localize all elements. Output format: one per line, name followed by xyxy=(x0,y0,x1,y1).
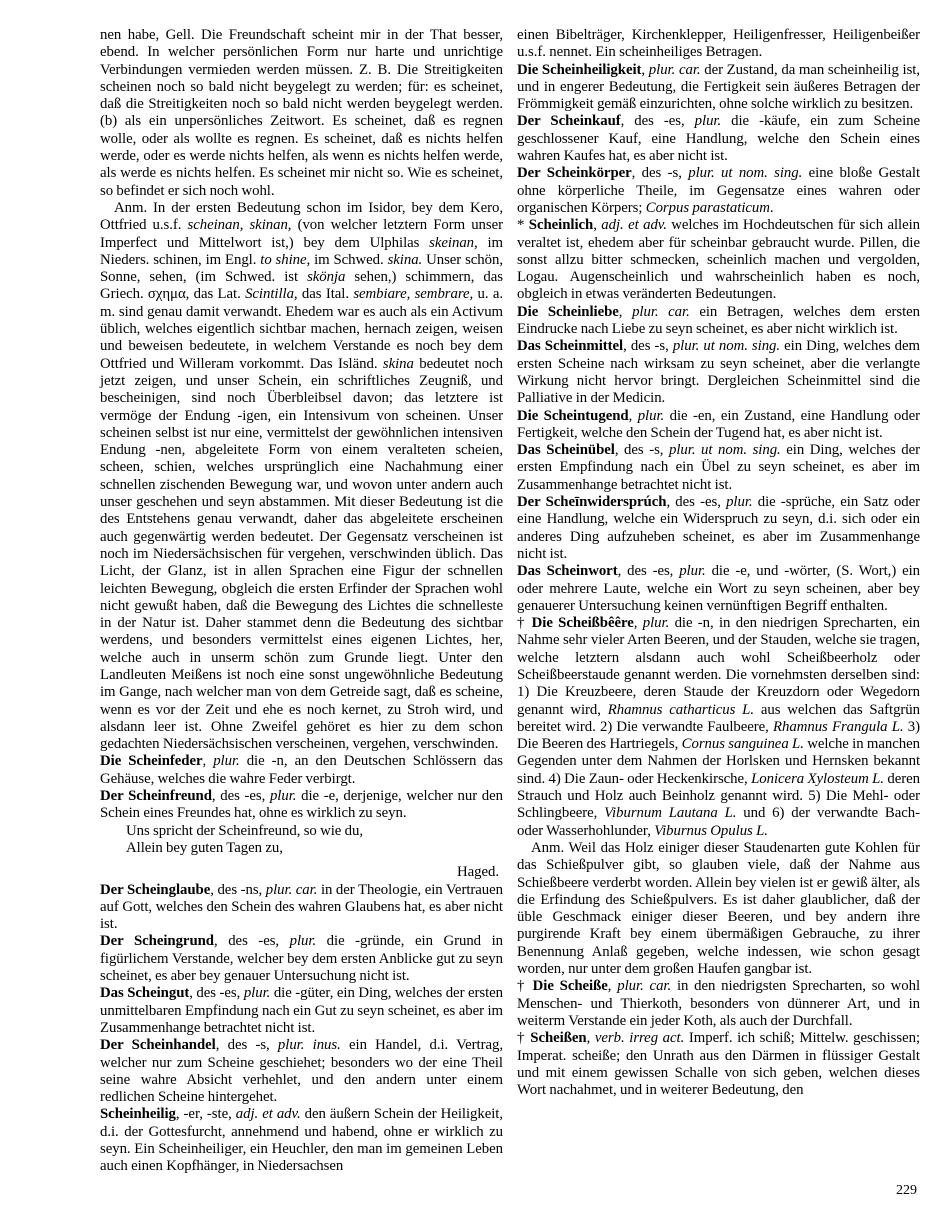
headword: Der Scheinkörper xyxy=(517,165,632,181)
body-text: , -er, -ste, xyxy=(176,1106,236,1122)
headword: Der Scheingrund xyxy=(100,933,214,949)
headword: Die Scheinheiligkeit xyxy=(517,62,641,78)
italic-term: plur. ut nom. sing. xyxy=(669,442,781,458)
italic-term: skina. xyxy=(388,252,423,268)
body-text: , des -es, xyxy=(214,933,290,949)
page-number: 229 xyxy=(896,1184,917,1198)
dictionary-entry: Die Scheinheiligkeit, plur. car. der Zus… xyxy=(517,62,920,114)
body-text: Uns spricht der Scheinfreund, so wie du, xyxy=(126,823,363,839)
dictionary-entry: Scheinheilig, -er, -ste, adj. et adv. de… xyxy=(100,1106,503,1175)
text-columns: nen habe, Gell. Die Freundschaft scheint… xyxy=(100,27,920,1176)
document-page: nen habe, Gell. Die Freundschaft scheint… xyxy=(0,0,935,1210)
verse-line: Allein bey guten Tagen zu, xyxy=(100,840,503,857)
headword: Das Scheinübel xyxy=(517,442,615,458)
italic-term: Viburnus Opulus L. xyxy=(654,823,768,839)
italic-term: plur. xyxy=(679,563,705,579)
italic-term: Viburnum Lautana L. xyxy=(604,805,736,821)
italic-term: plur. xyxy=(244,985,270,1001)
headword: Scheißen xyxy=(530,1030,586,1046)
dictionary-entry: Die Scheinfeder, plur. die -n, an den De… xyxy=(100,753,503,788)
italic-term: plur. car. xyxy=(266,882,318,898)
italic-term: plur. ut nom. sing. xyxy=(688,165,802,181)
italic-term: plur. car. xyxy=(632,304,690,320)
italic-term: adj. et adv. xyxy=(236,1106,301,1122)
body-text: , des -es, xyxy=(618,563,680,579)
dictionary-entry: Das Scheinmittel, des -s, plur. ut nom. … xyxy=(517,338,920,407)
headword: Das Scheingut xyxy=(100,985,189,1001)
body-text: , des -s, xyxy=(615,442,669,458)
italic-term: adj. et adv. xyxy=(601,217,667,233)
italic-term: Rhamnus catharticus L. xyxy=(608,702,754,718)
italic-term: plur. xyxy=(638,408,664,424)
body-text: , des -s, xyxy=(216,1037,278,1053)
body-text: bedeutet noch jetzt zeigen, und unser Sc… xyxy=(100,356,503,753)
body-text: , des -es, xyxy=(621,113,695,129)
italic-term: plur. xyxy=(290,933,316,949)
dictionary-entry: * Scheinlich, adj. et adv. welches im Ho… xyxy=(517,217,920,303)
body-text: einen Bibelträger, Kirchenklepper, Heili… xyxy=(517,27,920,60)
headword: Das Scheinwort xyxy=(517,563,618,579)
body-text: † xyxy=(517,615,532,631)
italic-term: skina xyxy=(383,356,414,372)
body-text: , des -es, xyxy=(666,494,726,510)
italic-term: Lonicera Xylosteum L. xyxy=(751,771,884,787)
italic-term: plur. xyxy=(726,494,752,510)
body-text: Allein bey guten Tagen zu, xyxy=(126,840,283,856)
body-text: Anm. Weil das Holz einiger dieser Staude… xyxy=(517,840,920,977)
body-text: , xyxy=(629,408,638,424)
body-text: Haged. xyxy=(457,864,499,880)
headword: Die Scheißbêêre xyxy=(532,615,634,631)
body-text: , xyxy=(608,978,617,994)
body-text: nen habe, Gell. Die Freundschaft scheint… xyxy=(100,27,503,199)
annotation-paragraph: Anm. In der ersten Bedeutung schon im Is… xyxy=(100,200,503,754)
body-text: . xyxy=(770,200,774,216)
italic-term: Scintilla, xyxy=(245,286,298,302)
headword: Der Scheinhandel xyxy=(100,1037,216,1053)
dictionary-entry: Der Scheinkauf, des -es, plur. die -käuf… xyxy=(517,113,920,165)
dictionary-entry: Die Scheintugend, plur. die -en, ein Zus… xyxy=(517,408,920,443)
dictionary-entry: Das Scheinübel, des -s, plur. ut nom. si… xyxy=(517,442,920,494)
left-column: nen habe, Gell. Die Freundschaft scheint… xyxy=(100,27,503,1176)
citation-attribution: Haged. xyxy=(100,864,503,881)
verse-line: Uns spricht der Scheinfreund, so wie du, xyxy=(100,823,503,840)
body-text: , xyxy=(203,753,214,769)
body-text: , des -es, xyxy=(212,788,270,804)
italic-term: Cornus sanguinea L. xyxy=(682,736,804,752)
body-text: † xyxy=(517,978,533,994)
dictionary-entry: Der Scheinglaube, des -ns, plur. car. in… xyxy=(100,882,503,934)
italic-term: to shine, xyxy=(260,252,310,268)
continuation-paragraph: einen Bibelträger, Kirchenklepper, Heili… xyxy=(517,27,920,62)
headword: Der Scheinkauf xyxy=(517,113,621,129)
continuation-paragraph: nen habe, Gell. Die Freundschaft scheint… xyxy=(100,27,503,200)
italic-term: verb. irreg act. xyxy=(595,1030,684,1046)
headword: Scheinheilig xyxy=(100,1106,176,1122)
headword: Der Scheīnwidersprúch xyxy=(517,494,666,510)
italic-term: plur. xyxy=(270,788,296,804)
headword: Die Scheinfeder xyxy=(100,753,203,769)
italic-term: plur. inus. xyxy=(278,1037,341,1053)
body-text: im Schwed. xyxy=(310,252,387,268)
headword: Der Scheinglaube xyxy=(100,882,210,898)
body-text: , xyxy=(634,615,643,631)
headword: Die Scheintugend xyxy=(517,408,629,424)
italic-term: plur. xyxy=(643,615,669,631)
italic-term: skönja xyxy=(307,269,345,285)
dictionary-entry: Der Scheinkörper, des -s, plur. ut nom. … xyxy=(517,165,920,217)
dictionary-entry: † Die Scheißbêêre, plur. die -n, in den … xyxy=(517,615,920,840)
headword: Die Scheiße xyxy=(533,978,608,994)
italic-term: plur. car. xyxy=(617,978,671,994)
body-text: , des -s, xyxy=(632,165,689,181)
headword: Die Scheinliebe xyxy=(517,304,619,320)
dictionary-entry: Der Scheingrund, des -es, plur. die -grü… xyxy=(100,933,503,985)
headword: Scheinlich xyxy=(529,217,593,233)
italic-term: Corpus parastaticum xyxy=(646,200,770,216)
dictionary-entry: Der Scheinhandel, des -s, plur. inus. ei… xyxy=(100,1037,503,1106)
body-text: , xyxy=(641,62,648,78)
dictionary-entry: † Die Scheiße, plur. car. in den niedrig… xyxy=(517,978,920,1030)
italic-term: skeinan, xyxy=(429,235,478,251)
right-column: einen Bibelträger, Kirchenklepper, Heili… xyxy=(517,27,920,1176)
dictionary-entry: Die Scheinliebe, plur. car. ein Betragen… xyxy=(517,304,920,339)
body-text: , des -ns, xyxy=(210,882,266,898)
body-text: , xyxy=(619,304,632,320)
body-text: , des -s, xyxy=(623,338,673,354)
body-text: das Ital. xyxy=(298,286,354,302)
body-text: * xyxy=(517,217,529,233)
body-text: † xyxy=(517,1030,530,1046)
dictionary-entry: Der Scheinfreund, des -es, plur. die -e,… xyxy=(100,788,503,823)
headword: Der Scheinfreund xyxy=(100,788,212,804)
body-text: , des -es, xyxy=(189,985,244,1001)
dictionary-entry: † Scheißen, verb. irreg act. Imperf. ich… xyxy=(517,1030,920,1099)
dictionary-entry: Der Scheīnwidersprúch, des -es, plur. di… xyxy=(517,494,920,563)
dictionary-entry: Das Scheinwort, des -es, plur. die -e, u… xyxy=(517,563,920,615)
italic-term: Rhamnus Frangula L. xyxy=(773,719,904,735)
italic-term: plur. xyxy=(695,113,721,129)
italic-term: plur. car. xyxy=(649,62,701,78)
annotation-paragraph: Anm. Weil das Holz einiger dieser Staude… xyxy=(517,840,920,978)
italic-term: sembiare, sembrare, xyxy=(353,286,473,302)
body-text: , xyxy=(587,1030,595,1046)
headword: Das Scheinmittel xyxy=(517,338,623,354)
italic-term: plur. xyxy=(213,753,239,769)
dictionary-entry: Das Scheingut, des -es, plur. die -güter… xyxy=(100,985,503,1037)
italic-term: plur. ut nom. sing. xyxy=(673,338,780,354)
italic-term: scheinan, skinan, xyxy=(188,217,292,233)
